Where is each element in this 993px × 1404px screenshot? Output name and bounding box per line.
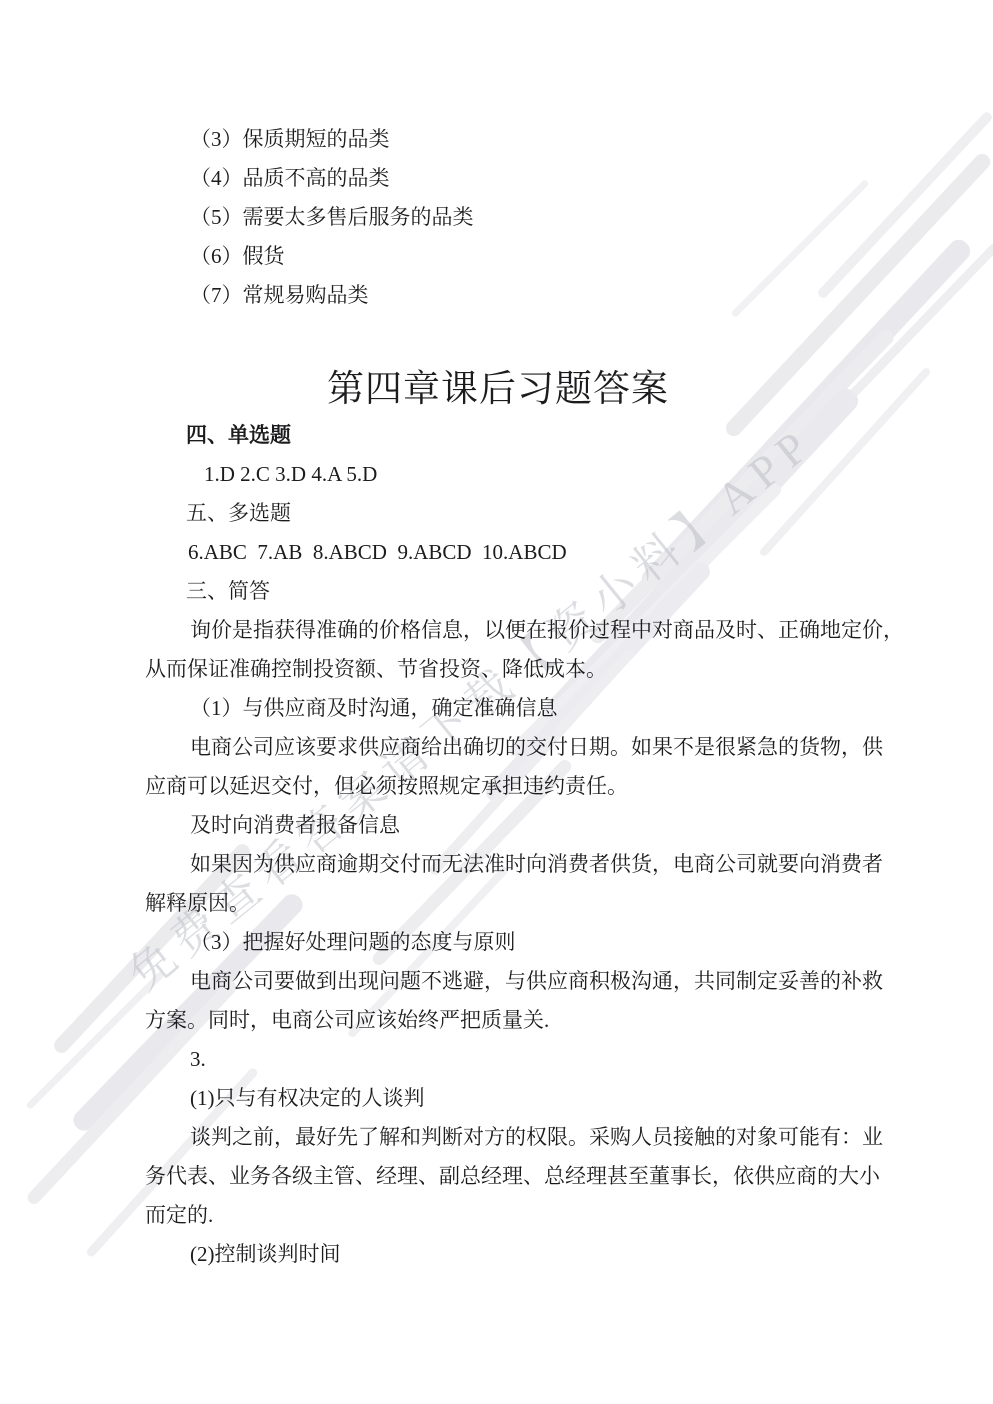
body-line: 及时向消费者报备信息 — [190, 806, 905, 845]
section-header-short-answer: 三、简答 — [186, 572, 905, 611]
intro-list-item: （4）品质不高的品类 — [190, 159, 905, 198]
body-line: (2)控制谈判时间 — [190, 1235, 905, 1274]
body-line: 而定的. — [145, 1196, 905, 1235]
chapter-heading: 第四章课后习题答案 — [145, 365, 851, 415]
body-line: 从而保证准确控制投资额、节省投资、降低成本。 — [145, 650, 905, 689]
section-header-single-choice: 四、单选题 — [186, 416, 905, 455]
body-line: 解释原因。 — [145, 884, 905, 923]
body-line: （3）把握好处理问题的态度与原则 — [190, 923, 905, 962]
body-line: 务代表、业务各级主管、经理、副总经理、总经理甚至董事长，依供应商的大小 — [145, 1157, 905, 1196]
body-line: 如果因为供应商逾期交付而无法准时向消费者供货，电商公司就要向消费者 — [190, 845, 905, 884]
body-line: （1）与供应商及时沟通，确定准确信息 — [190, 689, 905, 728]
body-line: 询价是指获得准确的价格信息，以便在报价过程中对商品及时、正确地定价， — [190, 611, 905, 650]
intro-list-item: （7）常规易购品类 — [190, 276, 905, 315]
single-choice-answers: 1.D 2.C 3.D 4.A 5.D — [204, 455, 905, 494]
body-line: 应商可以延迟交付，但必须按照规定承担违约责任。 — [145, 767, 905, 806]
intro-list-item: （3）保质期短的品类 — [190, 120, 905, 159]
body-line: 电商公司应该要求供应商给出确切的交付日期。如果不是很紧急的货物，供 — [190, 728, 905, 767]
multi-choice-answers: 6.ABC 7.AB 8.ABCD 9.ABCD 10.ABCD — [188, 533, 905, 572]
section-header-multi-choice: 五、多选题 — [186, 494, 905, 533]
intro-list-item: （5）需要太多售后服务的品类 — [190, 198, 905, 237]
body-line: 电商公司要做到出现问题不逃避，与供应商积极沟通，共同制定妥善的补救 — [190, 962, 905, 1001]
document-page: 免费查看答案请下载【资小料】APP （3）保质期短的品类 （4）品质不高的品类 … — [0, 0, 993, 1404]
body-line: 方案。同时，电商公司应该始终严把质量关. — [145, 1001, 905, 1040]
body-line: (1)只与有权决定的人谈判 — [190, 1079, 905, 1118]
document-content: （3）保质期短的品类 （4）品质不高的品类 （5）需要太多售后服务的品类 （6）… — [145, 120, 905, 1274]
intro-list-item: （6）假货 — [190, 237, 905, 276]
body-line: 谈判之前，最好先了解和判断对方的权限。采购人员接触的对象可能有：业 — [190, 1118, 905, 1157]
body-line: 3. — [190, 1040, 905, 1079]
